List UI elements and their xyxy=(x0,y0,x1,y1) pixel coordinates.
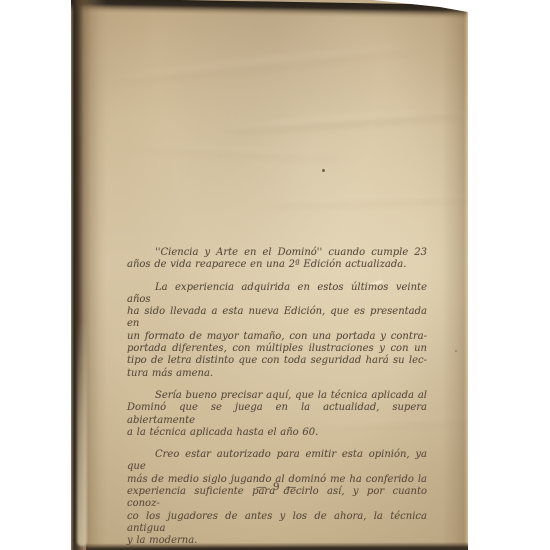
book-page: ''Ciencia y Arte en el Dominó'' cuando c… xyxy=(71,0,468,550)
paper-vignette xyxy=(71,0,468,550)
scanner-background: ''Ciencia y Arte en el Dominó'' cuando c… xyxy=(0,0,550,550)
